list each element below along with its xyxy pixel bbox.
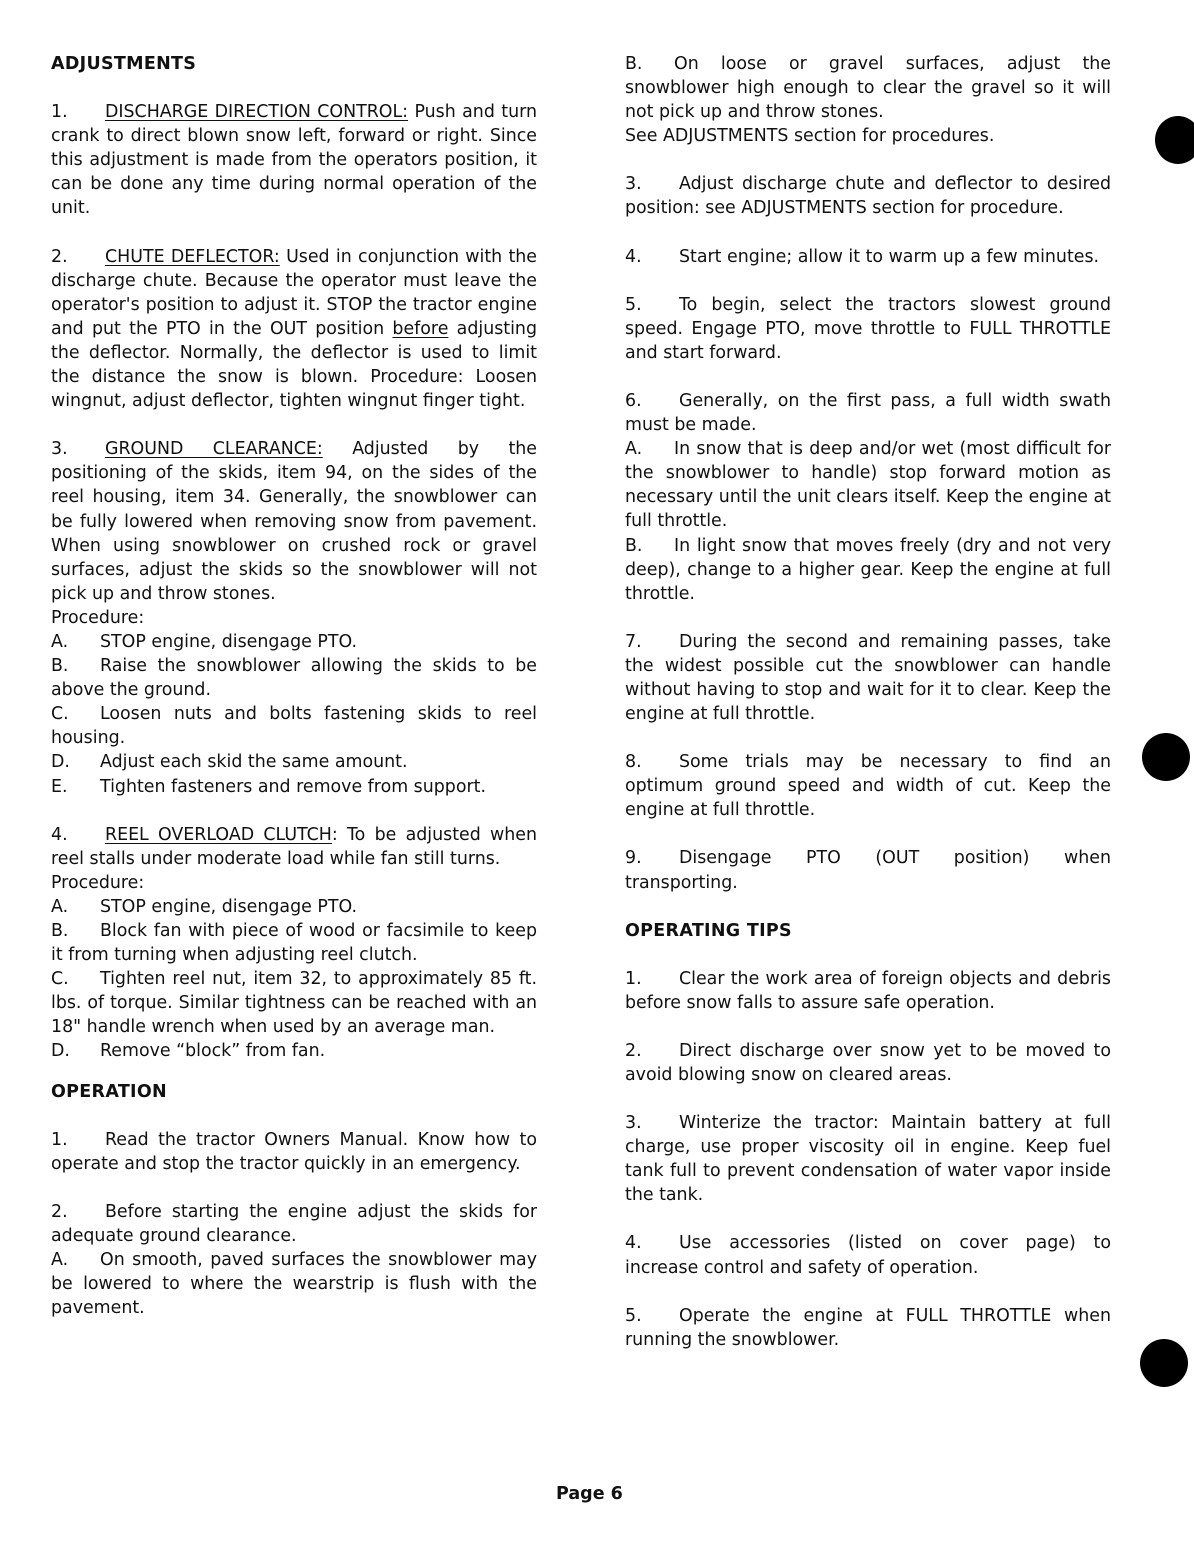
operation-heading: OPERATION — [51, 1080, 537, 1104]
item-text: Adjust discharge chute and deflector to … — [625, 174, 1111, 218]
procedure-step: D.Remove “block” from fan. — [51, 1039, 537, 1063]
operation-step: A.On smooth, paved surfaces the snowblow… — [51, 1248, 537, 1320]
item-number: 9. — [625, 846, 679, 870]
item-number: 1. — [51, 100, 105, 124]
item-number: 3. — [51, 437, 105, 461]
item-text: Before starting the engine adjust the sk… — [51, 1202, 537, 1246]
operation-item-7: 7.During the second and remaining passes… — [625, 630, 1111, 726]
operating-tips-heading: OPERATING TIPS — [625, 919, 1111, 943]
item-number: 4. — [625, 1231, 679, 1255]
item-title: DISCHARGE DIRECTION CONTROL: — [105, 102, 408, 122]
item-text: Read the tractor Owners Manual. Know how… — [51, 1130, 537, 1174]
item-text: Winterize the tractor: Maintain battery … — [625, 1113, 1111, 1205]
item-text: Adjusted by the positioning of the skids… — [51, 439, 537, 604]
right-column: B.On loose or gravel surfaces, adjust th… — [625, 52, 1111, 1352]
operation-step: B.On loose or gravel surfaces, adjust th… — [625, 52, 1111, 124]
procedure-step: B.Block fan with piece of wood or facsim… — [51, 919, 537, 967]
item-text: Operate the engine at FULL THROTTLE when… — [625, 1306, 1111, 1350]
punch-hole-icon — [1155, 116, 1194, 164]
adjustment-item-1: 1.DISCHARGE DIRECTION CONTROL: Push and … — [51, 100, 537, 220]
procedure-step: A.STOP engine, disengage PTO. — [51, 895, 537, 919]
punch-hole-icon — [1142, 733, 1190, 781]
procedure-step: B.Raise the snowblower allowing the skid… — [51, 654, 537, 702]
item-text: Generally, on the first pass, a full wid… — [625, 391, 1111, 435]
operation-item-5: 5.To begin, select the tractors slowest … — [625, 293, 1111, 365]
item-title: CHUTE DEFLECTOR: — [105, 247, 280, 267]
operation-note: See ADJUSTMENTS section for procedures. — [625, 124, 1111, 148]
item-number: 5. — [625, 1304, 679, 1328]
item-number: 7. — [625, 630, 679, 654]
item-number: 2. — [51, 245, 105, 269]
item-text: Some trials may be necessary to find an … — [625, 752, 1111, 820]
tip-item-5: 5.Operate the engine at FULL THROTTLE wh… — [625, 1304, 1111, 1352]
item-text: Use accessories (listed on cover page) t… — [625, 1233, 1111, 1277]
operation-item-6: 6.Generally, on the first pass, a full w… — [625, 389, 1111, 437]
procedure-step: C.Tighten reel nut, item 32, to approxim… — [51, 967, 537, 1039]
item-number: 1. — [625, 967, 679, 991]
procedure-step: D.Adjust each skid the same amount. — [51, 750, 537, 774]
procedure-step: A.STOP engine, disengage PTO. — [51, 630, 537, 654]
item-text: To begin, select the tractors slowest gr… — [625, 295, 1111, 363]
adjustment-item-4: 4.REEL OVERLOAD CLUTCH: To be adjusted w… — [51, 823, 537, 871]
tip-item-1: 1.Clear the work area of foreign objects… — [625, 967, 1111, 1015]
item-text: Clear the work area of foreign objects a… — [625, 969, 1111, 1013]
adjustments-heading: ADJUSTMENTS — [51, 52, 537, 76]
item-number: 6. — [625, 389, 679, 413]
item-number: 8. — [625, 750, 679, 774]
item-number: 3. — [625, 172, 679, 196]
operation-step: B.In light snow that moves freely (dry a… — [625, 534, 1111, 606]
item-number: 1. — [51, 1128, 105, 1152]
item-number: 4. — [51, 823, 105, 847]
item-number: 2. — [625, 1039, 679, 1063]
item-number: 5. — [625, 293, 679, 317]
item-number: 4. — [625, 245, 679, 269]
tip-item-2: 2.Direct discharge over snow yet to be m… — [625, 1039, 1111, 1087]
procedure-label: Procedure: — [51, 606, 537, 630]
item-title: REEL OVERLOAD CLUTCH — [105, 825, 332, 845]
item-text: During the second and remaining passes, … — [625, 632, 1111, 724]
operation-item-2: 2.Before starting the engine adjust the … — [51, 1200, 537, 1248]
operation-step: A.In snow that is deep and/or wet (most … — [625, 437, 1111, 533]
item-title: GROUND CLEARANCE: — [105, 439, 323, 459]
operation-item-4: 4.Start engine; allow it to warm up a fe… — [625, 245, 1111, 269]
item-number: 2. — [51, 1200, 105, 1224]
operation-item-1: 1.Read the tractor Owners Manual. Know h… — [51, 1128, 537, 1176]
operation-item-8: 8.Some trials may be necessary to find a… — [625, 750, 1111, 822]
procedure-step: C.Loosen nuts and bolts fastening skids … — [51, 702, 537, 750]
item-text: Direct discharge over snow yet to be mov… — [625, 1041, 1111, 1085]
item-number: 3. — [625, 1111, 679, 1135]
operation-item-9: 9.Disengage PTO (OUT position) when tran… — [625, 846, 1111, 894]
adjustment-item-2: 2.CHUTE DEFLECTOR: Used in conjunction w… — [51, 245, 537, 414]
punch-hole-icon — [1140, 1339, 1188, 1387]
item-emphasis: before — [392, 319, 448, 339]
procedure-label: Procedure: — [51, 871, 537, 895]
page-number: Page 6 — [556, 1484, 623, 1504]
item-text: Start engine; allow it to warm up a few … — [679, 247, 1099, 267]
tip-item-4: 4.Use accessories (listed on cover page)… — [625, 1231, 1111, 1279]
item-text: Disengage PTO (OUT position) when transp… — [625, 848, 1111, 892]
adjustment-item-3: 3.GROUND CLEARANCE: Adjusted by the posi… — [51, 437, 537, 606]
operation-item-3: 3.Adjust discharge chute and deflector t… — [625, 172, 1111, 220]
tip-item-3: 3.Winterize the tractor: Maintain batter… — [625, 1111, 1111, 1207]
left-column: ADJUSTMENTS 1.DISCHARGE DIRECTION CONTRO… — [51, 52, 537, 1320]
procedure-step: E.Tighten fasteners and remove from supp… — [51, 775, 537, 799]
